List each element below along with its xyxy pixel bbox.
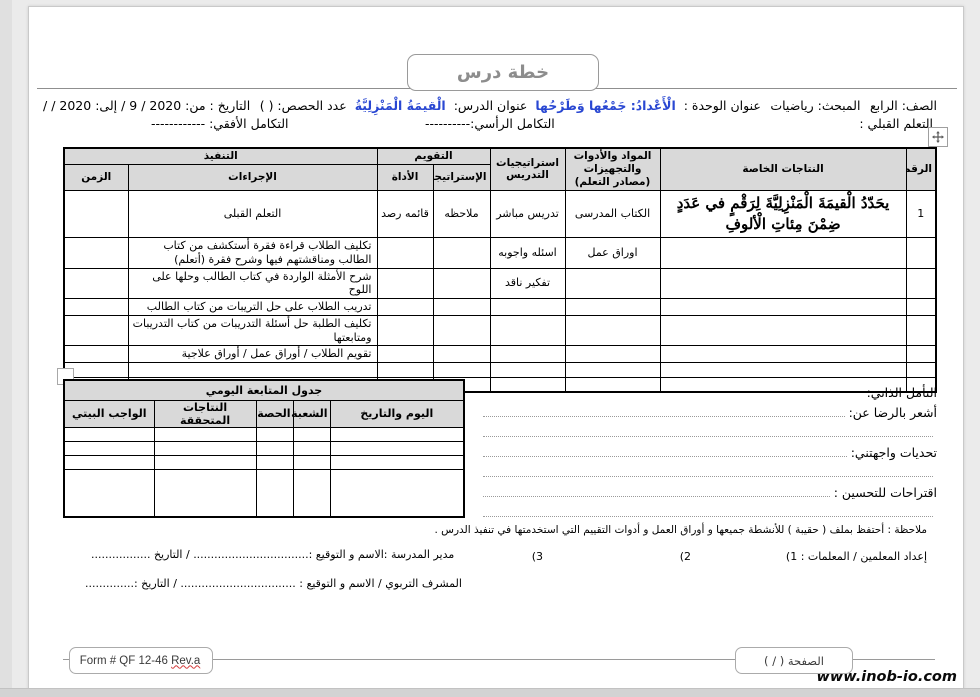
col-header-outcomes: النتاجات الخاصة bbox=[660, 148, 906, 190]
self-reflection-section: التأمل الذاتي: أشعر بالرضا عن: تحديات وا… bbox=[479, 380, 937, 520]
cell-materials[interactable] bbox=[565, 268, 660, 299]
cell-time[interactable] bbox=[64, 190, 128, 237]
cell-strategy[interactable] bbox=[490, 346, 565, 363]
cell-number[interactable] bbox=[906, 268, 936, 299]
vertical-integration-field: التكامل الرأسي:---------- bbox=[425, 116, 555, 131]
cell-outcome: يحَدّدُ الْقيمَةَ الْمَنْزِلِيَّةَ لِرَق… bbox=[660, 190, 906, 237]
cell-procedure: تكليف الطلبة حل أسئلة التدريبات من كتاب … bbox=[128, 315, 377, 346]
date-field: التاريخ : من: ‎/ 9 / 2020‎ إلى: ‎/ / 202… bbox=[43, 98, 250, 113]
followup-row bbox=[64, 469, 464, 517]
cell-number[interactable] bbox=[906, 363, 936, 378]
form-rev-label: Rev.a bbox=[171, 655, 200, 667]
table-row: تفكير ناقد شرح الأمثلة الواردة في كتاب ا… bbox=[64, 268, 936, 299]
four-arrows-icon bbox=[932, 131, 944, 143]
challenges-label: تحديات واجهتني: bbox=[851, 445, 937, 460]
cell-eval-tool[interactable] bbox=[377, 237, 433, 268]
col-header-time: الزمن bbox=[64, 164, 128, 190]
page-number-box: الصفحة ( / ) bbox=[735, 647, 853, 674]
followup-row bbox=[64, 455, 464, 469]
empty-cell[interactable] bbox=[256, 441, 293, 455]
cell-time[interactable] bbox=[64, 237, 128, 268]
lesson-title: الْقيمَةُ الْمَنْزِلِيَّةُ bbox=[355, 98, 446, 113]
empty-cell[interactable] bbox=[256, 455, 293, 469]
cell-procedure[interactable] bbox=[128, 363, 377, 378]
empty-cell[interactable] bbox=[154, 427, 256, 441]
cell-outcome[interactable] bbox=[660, 315, 906, 346]
cell-strategy: تفكير ناقد bbox=[490, 268, 565, 299]
cell-materials[interactable] bbox=[565, 363, 660, 378]
cell-number[interactable] bbox=[906, 299, 936, 316]
cell-outcome[interactable] bbox=[660, 237, 906, 268]
empty-cell[interactable] bbox=[293, 455, 330, 469]
cell-procedure: تدريب الطلاب على حل التريبات من كتاب الط… bbox=[128, 299, 377, 316]
cell-strategy[interactable] bbox=[490, 315, 565, 346]
cell-eval-tool: قائمه رصد bbox=[377, 190, 433, 237]
empty-cell[interactable] bbox=[293, 469, 330, 517]
cell-outcome[interactable] bbox=[660, 299, 906, 316]
supervisor-signature-line: المشرف التربوي / الاسم و التوقيع : .....… bbox=[85, 577, 462, 590]
cell-time[interactable] bbox=[64, 315, 128, 346]
cell-number[interactable] bbox=[906, 237, 936, 268]
periods-field: عدد الحصص: ( ) bbox=[260, 98, 347, 113]
main-lesson-table: الرقم النتاجات الخاصة المواد والأدوات وا… bbox=[63, 147, 937, 393]
empty-cell[interactable] bbox=[330, 427, 464, 441]
table-move-handle-icon[interactable] bbox=[928, 127, 948, 147]
followup-header-section: الشعبة bbox=[293, 400, 330, 427]
empty-cell[interactable] bbox=[256, 427, 293, 441]
cell-eval-tool[interactable] bbox=[377, 315, 433, 346]
grade-field: الصف: الرابع bbox=[870, 98, 937, 113]
cell-time[interactable] bbox=[64, 268, 128, 299]
empty-cell[interactable] bbox=[330, 455, 464, 469]
col-header-eval-tool: الأداة bbox=[377, 164, 433, 190]
subject-field: المبحث: رياضيات bbox=[770, 98, 860, 113]
teacher-2-field: 2) bbox=[680, 550, 691, 563]
followup-header-period: الحصة bbox=[256, 400, 293, 427]
followup-header-day-date: اليوم والتاريخ bbox=[330, 400, 464, 427]
followup-row bbox=[64, 441, 464, 455]
table-row: اوراق عمل اسئله واجوبه تكليف الطلاب قراء… bbox=[64, 237, 936, 268]
empty-cell[interactable] bbox=[154, 441, 256, 455]
cell-outcome[interactable] bbox=[660, 346, 906, 363]
empty-cell[interactable] bbox=[154, 469, 256, 517]
satisfaction-label: أشعر بالرضا عن: bbox=[849, 405, 937, 420]
cell-eval-strategy[interactable] bbox=[433, 268, 490, 299]
form-number-label: Form # QF 12-46 bbox=[80, 655, 168, 667]
followup-table-title: جدول المتابعة اليومي bbox=[64, 380, 464, 400]
col-header-number: الرقم bbox=[906, 148, 936, 190]
empty-cell[interactable] bbox=[154, 455, 256, 469]
table-row: تقويم الطلاب / أوراق عمل / أوراق علاجية bbox=[64, 346, 936, 363]
cell-eval-strategy[interactable] bbox=[433, 363, 490, 378]
form-number-box: Form # QF 12-46 Rev.a bbox=[69, 647, 213, 674]
horizontal-integration-field: التكامل الأفقي: ------------ bbox=[151, 116, 289, 131]
unit-title: الْأَعْدادُ: جَمْعُها وَطَرْحُها bbox=[535, 98, 675, 113]
fill-in-line bbox=[483, 496, 830, 497]
cell-number[interactable] bbox=[906, 315, 936, 346]
unit-lesson-fields: عنوان الوحدة : الْأَعْدادُ: جَمْعُها وَط… bbox=[260, 98, 761, 113]
cell-procedure: تكليف الطلاب قراءة فقرة أستكشف من كتاب ا… bbox=[128, 237, 377, 268]
cell-eval-tool[interactable] bbox=[377, 268, 433, 299]
lesson-info-line: الصف: الرابع المبحث: رياضيات عنوان الوحد… bbox=[43, 98, 937, 113]
window-bottom-bar bbox=[0, 688, 980, 697]
fill-in-line bbox=[483, 436, 933, 437]
cell-eval-strategy[interactable] bbox=[433, 299, 490, 316]
cell-strategy: اسئله واجوبه bbox=[490, 237, 565, 268]
cell-eval-strategy[interactable] bbox=[433, 315, 490, 346]
empty-cell[interactable] bbox=[330, 441, 464, 455]
principal-signature-line: مدير المدرسة :الاسم و التوقيع :.........… bbox=[91, 548, 454, 561]
table-row: تكليف الطلبة حل أسئلة التدريبات من كتاب … bbox=[64, 315, 936, 346]
table-row: 1 يحَدّدُ الْقيمَةَ الْمَنْزِلِيَّةَ لِر… bbox=[64, 190, 936, 237]
fill-in-line bbox=[483, 476, 933, 477]
col-header-strategies: استراتيجيات التدريس bbox=[490, 148, 565, 190]
cell-eval-strategy[interactable] bbox=[433, 346, 490, 363]
cell-materials: اوراق عمل bbox=[565, 237, 660, 268]
cell-strategy[interactable] bbox=[490, 299, 565, 316]
empty-cell[interactable] bbox=[64, 427, 154, 441]
fill-in-line bbox=[483, 516, 933, 517]
cell-procedure: التعلم القبلى bbox=[128, 190, 377, 237]
teacher-3-field: 3) bbox=[532, 550, 543, 563]
teachers-prepared-label: إعداد المعلمين / المعلمات : 1) bbox=[786, 550, 927, 563]
lesson-label: عنوان الدرس: bbox=[454, 98, 528, 113]
cell-materials: الكتاب المدرسى bbox=[565, 190, 660, 237]
cell-eval-tool[interactable] bbox=[377, 363, 433, 378]
empty-cell[interactable] bbox=[64, 441, 154, 455]
empty-cell[interactable] bbox=[293, 427, 330, 441]
cell-time[interactable] bbox=[64, 299, 128, 316]
unit-label: عنوان الوحدة : bbox=[684, 98, 761, 113]
cell-procedure: شرح الأمثلة الواردة في كتاب الطالب وحلها… bbox=[128, 268, 377, 299]
reflection-title: التأمل الذاتي: bbox=[867, 385, 937, 400]
table-row bbox=[64, 363, 936, 378]
cell-materials[interactable] bbox=[565, 315, 660, 346]
empty-cell[interactable] bbox=[293, 441, 330, 455]
followup-header-achieved-outcomes: النتاجات المتحققة bbox=[154, 400, 256, 427]
cell-time[interactable] bbox=[64, 346, 128, 363]
empty-cell[interactable] bbox=[64, 469, 154, 517]
empty-cell[interactable] bbox=[64, 455, 154, 469]
col-header-materials: المواد والأدوات والتجهيزات (مصادر التعلم… bbox=[565, 148, 660, 190]
cell-materials[interactable] bbox=[565, 299, 660, 316]
cell-number: 1 bbox=[906, 190, 936, 237]
prior-learning-label: التعلم القبلي : bbox=[859, 116, 933, 131]
page-title-box: خطة درس bbox=[407, 54, 599, 91]
cell-eval-strategy[interactable] bbox=[433, 237, 490, 268]
cell-outcome[interactable] bbox=[660, 268, 906, 299]
followup-header-homework: الواجب البيتي bbox=[64, 400, 154, 427]
cell-eval-tool[interactable] bbox=[377, 299, 433, 316]
col-header-execution: التنفيذ bbox=[64, 148, 377, 164]
followup-row bbox=[64, 427, 464, 441]
portfolio-note: ملاحظة : أحتفظ بملف ( حقيبة ) للأنشطة جم… bbox=[434, 524, 927, 536]
cell-eval-tool[interactable] bbox=[377, 346, 433, 363]
fill-in-line bbox=[483, 416, 845, 417]
page-title: خطة درس bbox=[457, 62, 549, 83]
col-header-evaluation: التقويم bbox=[377, 148, 490, 164]
cell-procedure: تقويم الطلاب / أوراق عمل / أوراق علاجية bbox=[128, 346, 377, 363]
cell-strategy: تدريس مباشر bbox=[490, 190, 565, 237]
col-header-eval-strategy: الإستراتيجية bbox=[433, 164, 490, 190]
empty-cell[interactable] bbox=[330, 469, 464, 517]
cell-materials[interactable] bbox=[565, 346, 660, 363]
document-page: خطة درس الصف: الرابع المبحث: رياضيات عنو… bbox=[28, 6, 964, 690]
cell-outcome[interactable] bbox=[660, 363, 906, 378]
cell-number[interactable] bbox=[906, 346, 936, 363]
suggestions-label: اقتراحات للتحسين : bbox=[834, 485, 937, 500]
cell-eval-strategy: ملاحظه bbox=[433, 190, 490, 237]
page-number-label: الصفحة ( / ) bbox=[764, 654, 824, 668]
fill-in-line bbox=[483, 456, 847, 457]
cell-strategy[interactable] bbox=[490, 363, 565, 378]
daily-followup-table: جدول المتابعة اليومي اليوم والتاريخ الشع… bbox=[63, 379, 465, 518]
window-left-margin bbox=[0, 0, 12, 697]
empty-cell[interactable] bbox=[256, 469, 293, 517]
table-row: تدريب الطلاب على حل التريبات من كتاب الط… bbox=[64, 299, 936, 316]
col-header-procedures: الإجراءات bbox=[128, 164, 377, 190]
